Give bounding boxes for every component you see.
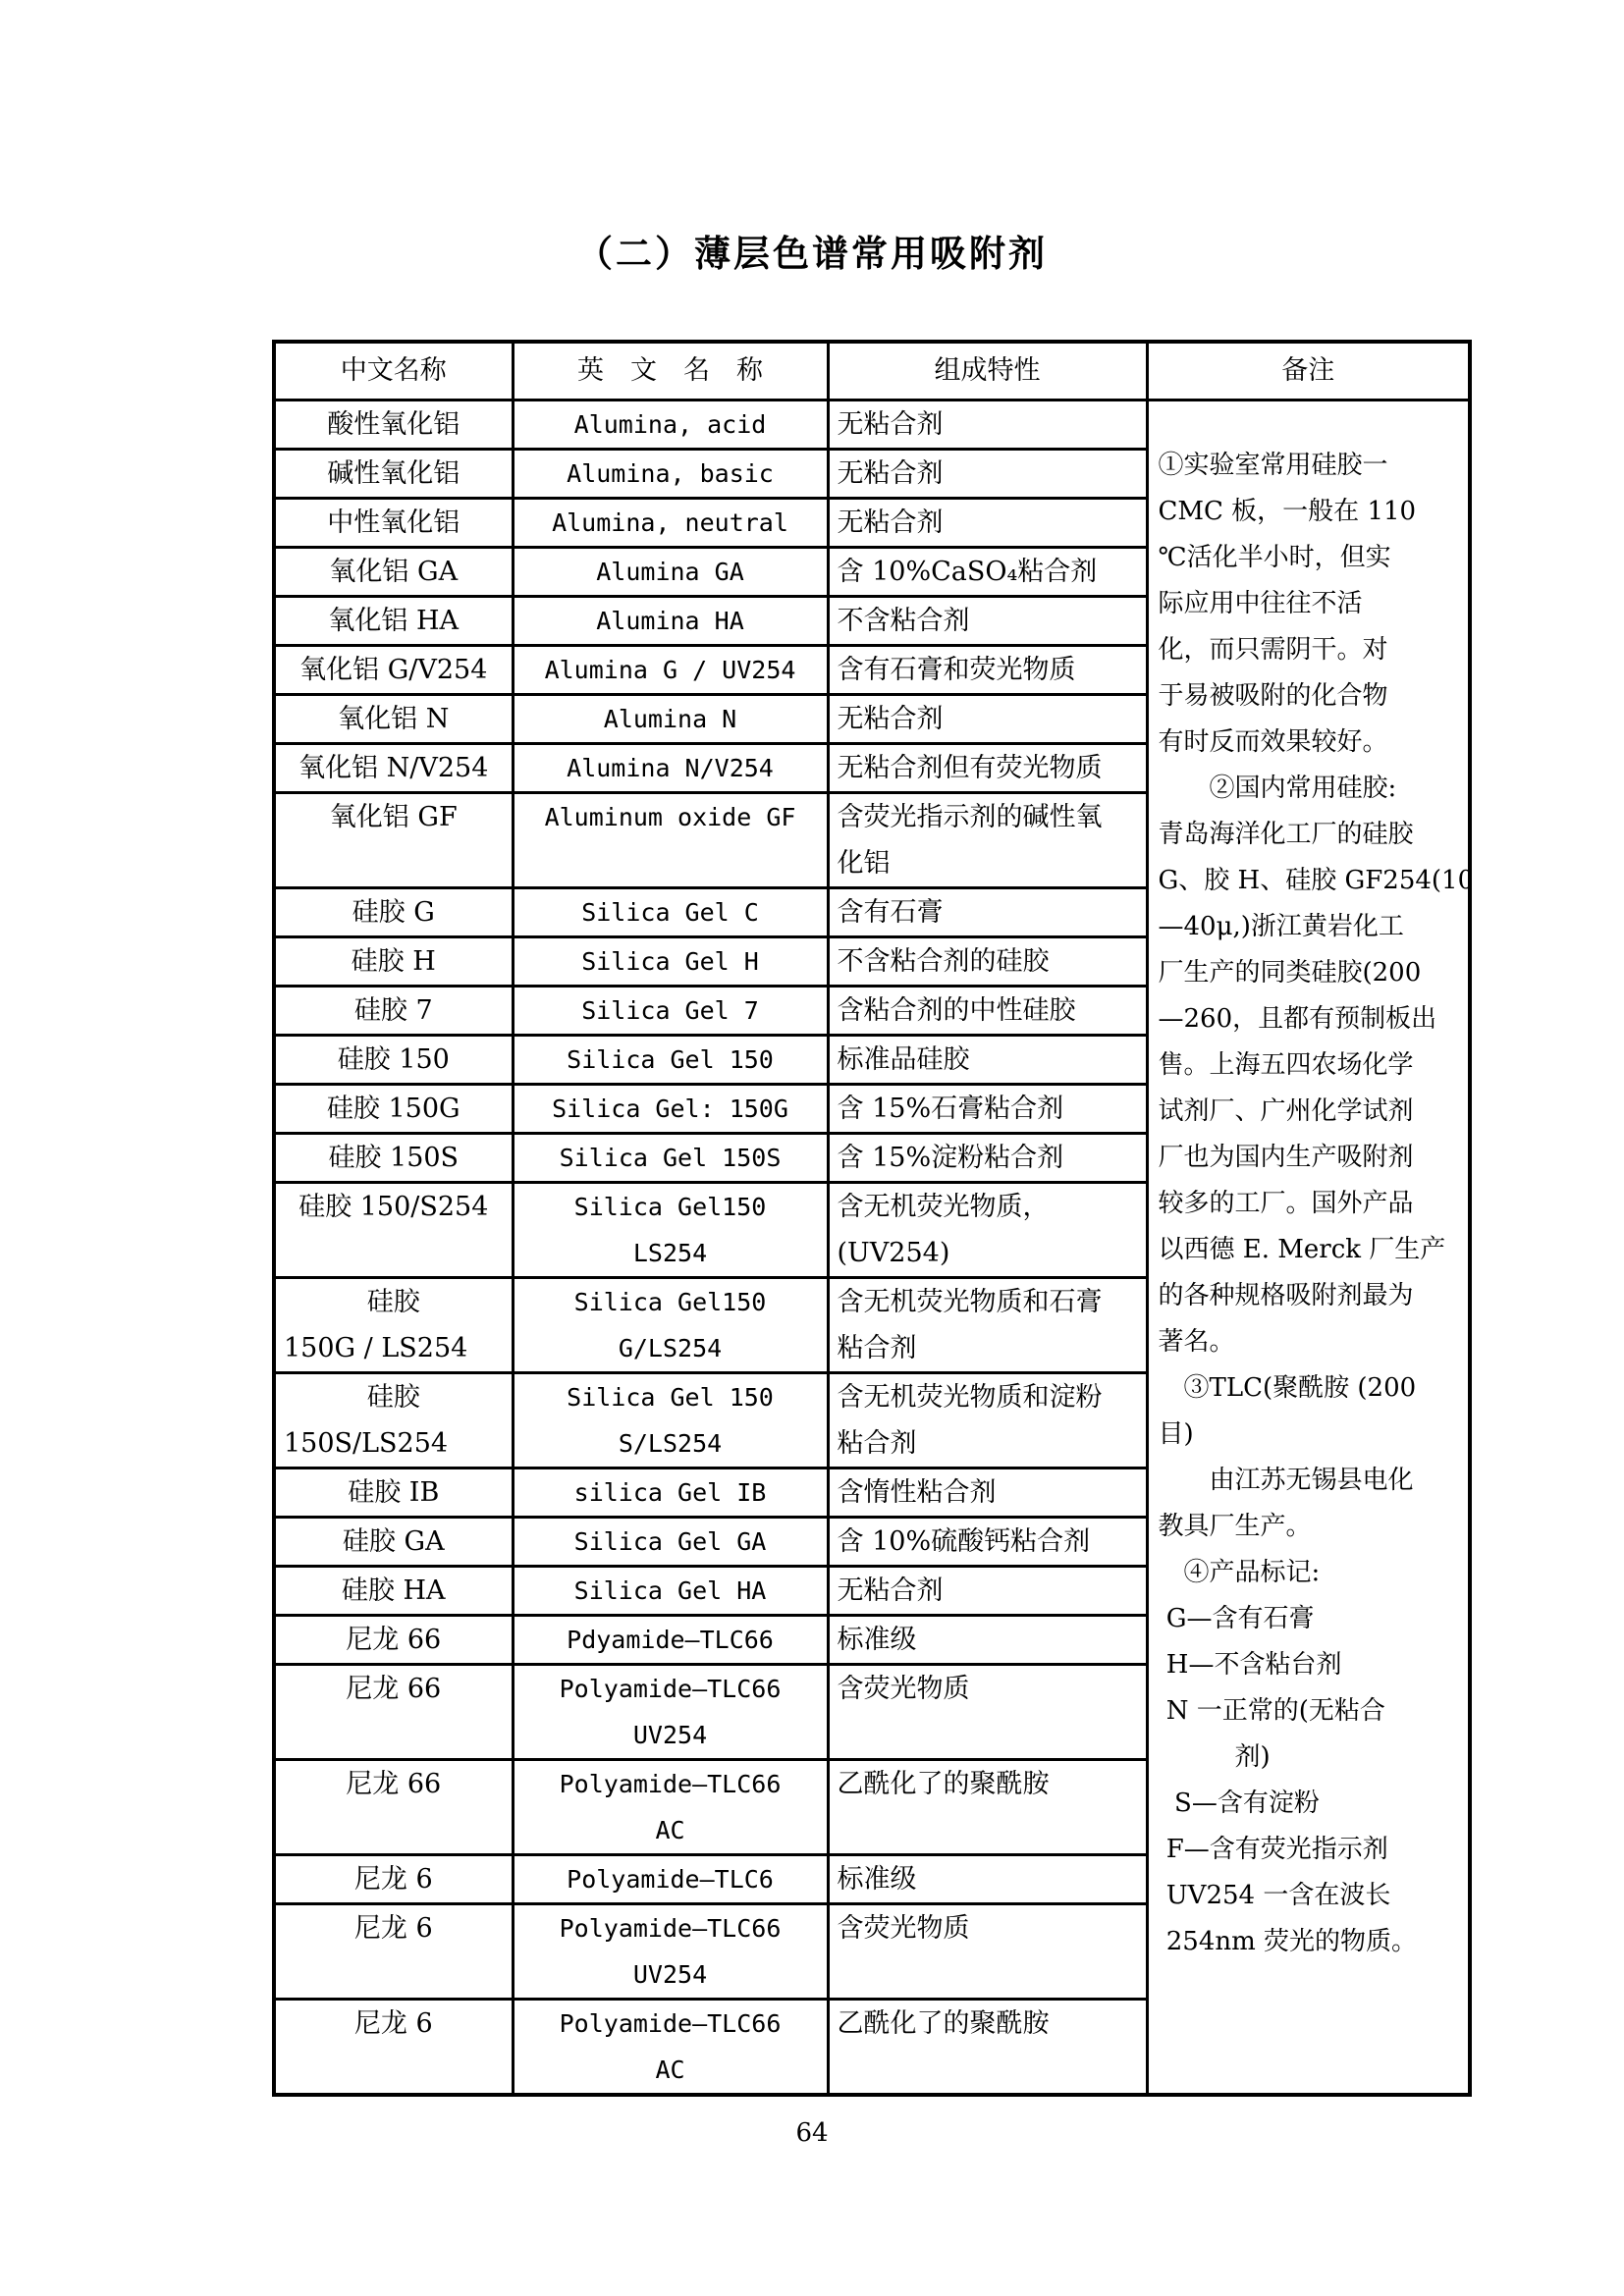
chinese-name-cell: 硅胶 GA: [274, 1518, 513, 1567]
chinese-name-cell: 硅胶 G: [274, 888, 513, 937]
english-name-cell: Silica Gel 150S: [513, 1134, 828, 1183]
composition-cell: 无粘合剂: [828, 695, 1147, 744]
table-header: 中文名称英 文 名 称组成特性备注: [274, 342, 1470, 400]
document-page: （二）薄层色谱常用吸附剂 中文名称英 文 名 称组成特性备注 酸性氧化铝Alum…: [0, 0, 1624, 2296]
composition-cell: 标准级: [828, 1616, 1147, 1665]
english-name-cell: Silica Gel H: [513, 937, 828, 987]
adsorbent-table: 中文名称英 文 名 称组成特性备注 酸性氧化铝Alumina, acid无粘合剂…: [272, 340, 1472, 2097]
table-row: 酸性氧化铝Alumina, acid无粘合剂①实验室常用硅胶一CMC 板，一般在…: [274, 400, 1470, 450]
chinese-name-cell: 尼龙 6: [274, 1904, 513, 2000]
english-name-cell: Polyamide—TLC6: [513, 1855, 828, 1904]
english-name-cell: Silica Gel150LS254: [513, 1183, 828, 1278]
chinese-name-cell: 硅胶 150: [274, 1036, 513, 1085]
remarks-text: ①实验室常用硅胶一CMC 板，一般在 110℃活化半小时，但实际应用中往往不活化…: [1149, 401, 1469, 1965]
column-header: 备注: [1147, 342, 1470, 400]
english-name-cell: Alumina GA: [513, 548, 828, 597]
composition-cell: 不含粘合剂的硅胶: [828, 937, 1147, 987]
english-name-cell: Silica Gel 150S/LS254: [513, 1373, 828, 1468]
column-header: 英 文 名 称: [513, 342, 828, 400]
composition-cell: 不含粘合剂: [828, 597, 1147, 646]
composition-cell: 乙酰化了的聚酰胺: [828, 2000, 1147, 2096]
english-name-cell: Alumina N: [513, 695, 828, 744]
chinese-name-cell: 氧化铝 G/V254: [274, 646, 513, 695]
english-name-cell: Silica Gel: 150G: [513, 1085, 828, 1134]
composition-cell: 含无机荧光物质，(UV254): [828, 1183, 1147, 1278]
page-number: 64: [0, 2118, 1624, 2148]
remarks-cell: ①实验室常用硅胶一CMC 板，一般在 110℃活化半小时，但实际应用中往往不活化…: [1147, 400, 1470, 2096]
english-name-cell: Pdyamide—TLC66: [513, 1616, 828, 1665]
chinese-name-cell: 硅胶150G / LS254: [274, 1278, 513, 1373]
chinese-name-cell: 硅胶 150S: [274, 1134, 513, 1183]
chinese-name-cell: 中性氧化铝: [274, 499, 513, 548]
composition-cell: 无粘合剂但有荧光物质: [828, 744, 1147, 793]
english-name-cell: Alumina G / UV254: [513, 646, 828, 695]
english-name-cell: Silica Gel C: [513, 888, 828, 937]
chinese-name-cell: 氧化铝 N: [274, 695, 513, 744]
english-name-cell: Silica Gel150G/LS254: [513, 1278, 828, 1373]
english-name-cell: silica Gel IB: [513, 1468, 828, 1518]
chinese-name-cell: 硅胶 HA: [274, 1567, 513, 1616]
english-name-cell: Alumina N/V254: [513, 744, 828, 793]
english-name-cell: Alumina HA: [513, 597, 828, 646]
composition-cell: 含荧光物质: [828, 1904, 1147, 2000]
chinese-name-cell: 尼龙 6: [274, 2000, 513, 2096]
chinese-name-cell: 尼龙 66: [274, 1616, 513, 1665]
chinese-name-cell: 硅胶 H: [274, 937, 513, 987]
chinese-name-cell: 尼龙 66: [274, 1665, 513, 1760]
chinese-name-cell: 硅胶 IB: [274, 1468, 513, 1518]
chinese-name-cell: 酸性氧化铝: [274, 400, 513, 450]
english-name-cell: Polyamide—TLC66UV254: [513, 1665, 828, 1760]
composition-cell: 含粘合剂的中性硅胶: [828, 987, 1147, 1036]
composition-cell: 无粘合剂: [828, 450, 1147, 499]
composition-cell: 无粘合剂: [828, 1567, 1147, 1616]
english-name-cell: Silica Gel HA: [513, 1567, 828, 1616]
chinese-name-cell: 尼龙 66: [274, 1760, 513, 1855]
composition-cell: 乙酰化了的聚酰胺: [828, 1760, 1147, 1855]
column-header: 中文名称: [274, 342, 513, 400]
composition-cell: 无粘合剂: [828, 400, 1147, 450]
table-body: 酸性氧化铝Alumina, acid无粘合剂①实验室常用硅胶一CMC 板，一般在…: [274, 400, 1470, 2096]
chinese-name-cell: 碱性氧化铝: [274, 450, 513, 499]
chinese-name-cell: 硅胶 7: [274, 987, 513, 1036]
composition-cell: 标准品硅胶: [828, 1036, 1147, 1085]
english-name-cell: Polyamide—TLC66UV254: [513, 1904, 828, 2000]
composition-cell: 含无机荧光物质和石膏粘合剂: [828, 1278, 1147, 1373]
chinese-name-cell: 氧化铝 GA: [274, 548, 513, 597]
composition-cell: 含 15%石膏粘合剂: [828, 1085, 1147, 1134]
english-name-cell: Silica Gel 7: [513, 987, 828, 1036]
chinese-name-cell: 氧化铝 N/V254: [274, 744, 513, 793]
composition-cell: 含有石膏和荧光物质: [828, 646, 1147, 695]
composition-cell: 含荧光指示剂的碱性氧化铝: [828, 793, 1147, 888]
page-title: （二）薄层色谱常用吸附剂: [0, 224, 1624, 277]
chinese-name-cell: 硅胶150S/LS254: [274, 1373, 513, 1468]
english-name-cell: Silica Gel GA: [513, 1518, 828, 1567]
english-name-cell: Alumina, acid: [513, 400, 828, 450]
composition-cell: 含荧光物质: [828, 1665, 1147, 1760]
composition-cell: 含有石膏: [828, 888, 1147, 937]
english-name-cell: Polyamide—TLC66AC: [513, 1760, 828, 1855]
english-name-cell: Silica Gel 150: [513, 1036, 828, 1085]
chinese-name-cell: 硅胶 150G: [274, 1085, 513, 1134]
english-name-cell: Aluminum oxide GF: [513, 793, 828, 888]
chinese-name-cell: 硅胶 150/S254: [274, 1183, 513, 1278]
composition-cell: 标准级: [828, 1855, 1147, 1904]
english-name-cell: Alumina, basic: [513, 450, 828, 499]
composition-cell: 含 15%淀粉粘合剂: [828, 1134, 1147, 1183]
composition-cell: 含 10%硫酸钙粘合剂: [828, 1518, 1147, 1567]
composition-cell: 含 10%CaSO₄粘合剂: [828, 548, 1147, 597]
composition-cell: 无粘合剂: [828, 499, 1147, 548]
table-container: 中文名称英 文 名 称组成特性备注 酸性氧化铝Alumina, acid无粘合剂…: [272, 340, 1472, 2097]
chinese-name-cell: 尼龙 6: [274, 1855, 513, 1904]
column-header: 组成特性: [828, 342, 1147, 400]
english-name-cell: Alumina, neutral: [513, 499, 828, 548]
english-name-cell: Polyamide—TLC66AC: [513, 2000, 828, 2096]
chinese-name-cell: 氧化铝 GF: [274, 793, 513, 888]
composition-cell: 含惰性粘合剂: [828, 1468, 1147, 1518]
composition-cell: 含无机荧光物质和淀粉粘合剂: [828, 1373, 1147, 1468]
header-row: 中文名称英 文 名 称组成特性备注: [274, 342, 1470, 400]
chinese-name-cell: 氧化铝 HA: [274, 597, 513, 646]
